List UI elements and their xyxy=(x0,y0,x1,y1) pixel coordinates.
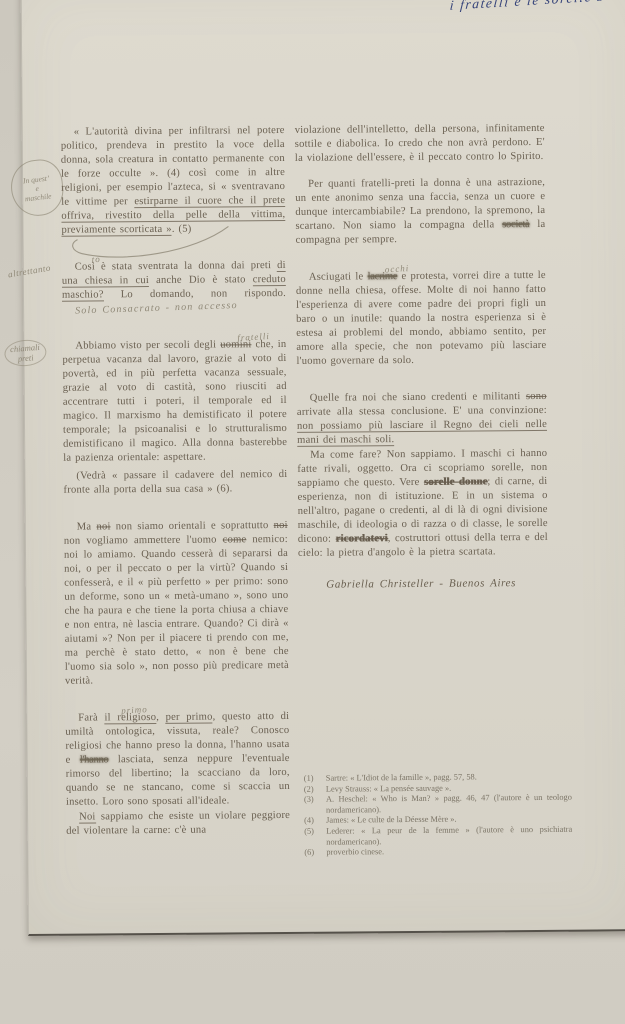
text-segment: violazione dell'intelletto, della person… xyxy=(295,123,545,164)
corrected-text: primoil religioso xyxy=(104,712,156,723)
text-segment: , xyxy=(156,712,165,723)
handwritten-note: Solo Consacrato - non accesso xyxy=(62,299,238,319)
paragraph: violazione dell'intelletto, della person… xyxy=(295,122,545,166)
text-segment: nemico: noi lo amiamo. Quando cesserà di… xyxy=(64,534,289,687)
pencil-circled-margin-note: In quest’ e maschile xyxy=(8,157,66,218)
handwritten-title-note: i fratelli e le sorelle 3 xyxy=(449,0,625,14)
text-segment: che, in perpetua vacanza dal lavoro, gra… xyxy=(62,339,287,464)
handwritten-correction: primo xyxy=(108,702,148,718)
paragraph: Ma noi non siamo orientali e soprattutto… xyxy=(64,519,289,689)
footnote-text: Lederer: « La peur de la femme » (l'auto… xyxy=(326,825,572,847)
corrected-text: fratelliuomini xyxy=(220,339,251,350)
text-segment: anche Dio è stato xyxy=(149,274,253,286)
paragraph: Asciugati le occhilacrime e protesta, vo… xyxy=(296,269,547,369)
paragraph: Ma come fare? Non sappiamo. I maschi ci … xyxy=(297,447,548,561)
text-segment: Abbiamo visto per secoli degli xyxy=(75,339,220,351)
corrected-text: occhilacrime xyxy=(368,271,398,282)
paragraph: Noi sappiamo che esiste un violare peggi… xyxy=(66,809,290,839)
text-segment: società xyxy=(502,219,529,230)
text-segment: sono xyxy=(526,391,547,402)
text-segment: per primo xyxy=(166,712,213,724)
footnote-number: (5) xyxy=(304,827,326,838)
footnote-text: A. Heschel: « Who is Man? » pagg. 46, 47… xyxy=(326,793,572,815)
text-segment: non possiamo più lasciare il Regno dei c… xyxy=(297,419,547,447)
footnote-number: (6) xyxy=(304,848,326,859)
text-segment: arrivate alla stessa conclusione. E' una… xyxy=(297,405,547,418)
footnote: (6)proverbio cinese. xyxy=(304,846,572,859)
text-segment: l'hanno xyxy=(80,754,109,765)
text-segment: noi xyxy=(96,521,110,532)
pencil-margin-note-chiamali: chiamali preti xyxy=(3,338,47,367)
paragraph: Per quanti fratelli-preti la donna è una… xyxy=(295,176,546,248)
text-column-left: « L'autorità divina per infiltrarsi nel … xyxy=(61,124,291,916)
footnote-text: James: « Le culte de la Déesse Mère ». xyxy=(326,815,457,825)
author-signature: Gabriella Christeller - Buenos Aires xyxy=(298,577,548,591)
footnote-number: (2) xyxy=(304,784,326,795)
footnotes-block: (1)Sartre: « L'Idiot de la famille », pa… xyxy=(304,772,573,859)
text-segment: come xyxy=(223,534,247,545)
text-segment: non siamo orientali e soprattutto xyxy=(111,520,274,532)
corrected-text: toCosì xyxy=(75,261,95,272)
paragraph: Quelle fra noi che siano credenti e mili… xyxy=(297,390,547,448)
text-segment: Quelle fra noi che siano credenti e mili… xyxy=(310,391,526,404)
footnote: (5)Lederer: « La peur de la femme » (l'a… xyxy=(304,825,572,848)
text-segment: non vogliamo ammettere l'uomo xyxy=(64,534,223,546)
scan-background: { "colors":{"paper":"#dbd7cc","backing":… xyxy=(0,0,625,1024)
footnote-text: Sartre: « L'Idiot de la famille », pagg.… xyxy=(326,772,477,782)
text-segment: . (5) xyxy=(172,224,192,235)
paragraph: « L'autorità divina per infiltrarsi nel … xyxy=(61,124,286,238)
text-segment: ricordatevi xyxy=(335,533,387,544)
paragraph: toCosì è stata sventrata la donna dai pr… xyxy=(62,259,286,317)
text-segment: Ma xyxy=(77,521,97,532)
text-segment: sorelle donne xyxy=(424,476,488,487)
handwritten-correction: fratelli xyxy=(224,329,270,346)
text-segment: Asciugati le xyxy=(309,271,368,282)
pencil-margin-note-altrettanto: altrettanto xyxy=(7,262,51,279)
text-segment: (Vedrà « passare il cadavere del nemico … xyxy=(63,469,287,496)
text-segment: noi xyxy=(274,520,288,531)
text-segment: Lo domando, non rispondo. xyxy=(104,288,286,300)
scanned-page: i fratelli e le sorelle 3 In quest’ e ma… xyxy=(21,0,625,936)
text-segment: Farà xyxy=(78,712,104,723)
footnote: (3)A. Heschel: « Who is Man? » pagg. 46,… xyxy=(304,793,572,816)
footnote-text: proverbio cinese. xyxy=(326,847,384,856)
text-segment: è stata sventrata la donna dai preti xyxy=(95,260,277,272)
text-column-right: violazione dell'intelletto, della person… xyxy=(295,122,549,664)
footnote-text: Levy Strauss: « La pensée sauvage ». xyxy=(326,783,451,793)
text-segment: Noi xyxy=(79,811,96,823)
text-segment: sappiamo che esiste un violare peggiore … xyxy=(66,810,290,837)
footnote-number: (3) xyxy=(304,795,326,806)
footnote-number: (1) xyxy=(304,774,326,785)
paragraph: Farà primoil religioso, per primo, quest… xyxy=(65,710,290,810)
footnote-number: (4) xyxy=(304,816,326,827)
text-segment: e protesta, vorrei dire a tutte le donne… xyxy=(296,270,547,367)
paragraph: Abbiamo visto per secoli degli fratelliu… xyxy=(62,338,287,466)
handwritten-correction: occhi xyxy=(371,261,409,277)
handwritten-correction: to xyxy=(78,252,101,267)
paragraph: (Vedrà « passare il cadavere del nemico … xyxy=(63,468,287,498)
